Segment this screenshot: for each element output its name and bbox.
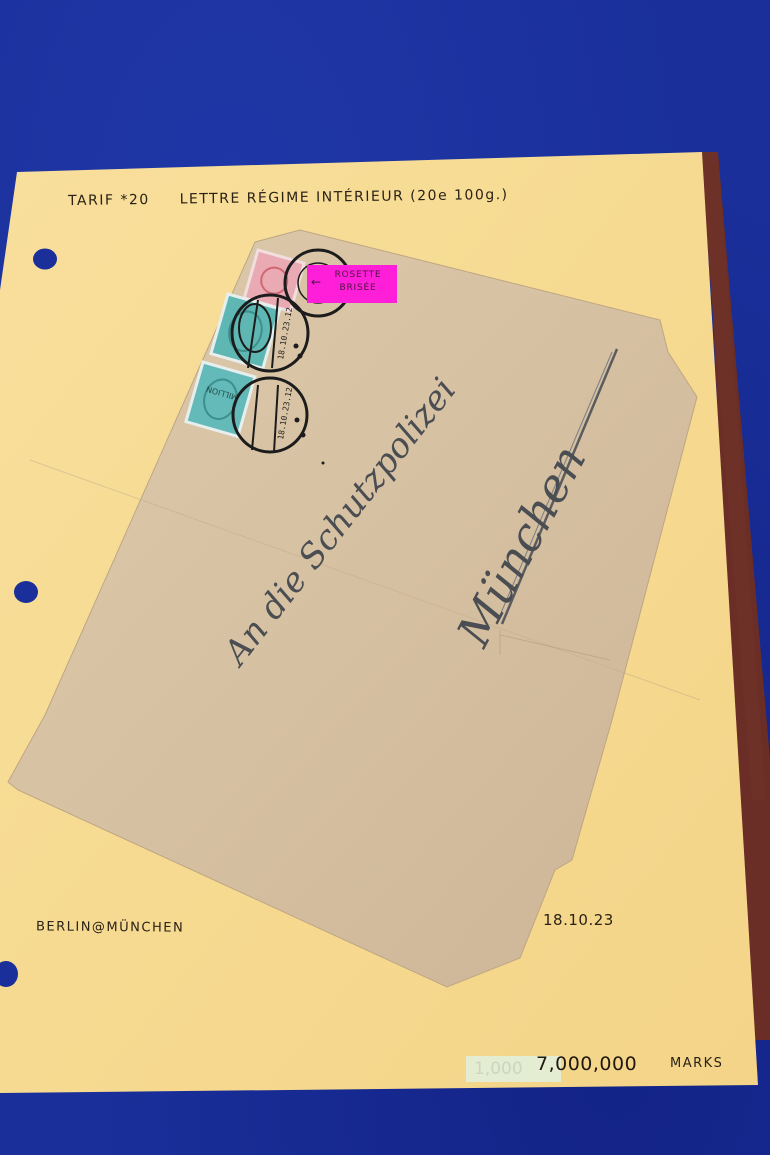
album-page-graphic: MILLION 18.10.23.12 18.10.23.12 [0,0,770,1155]
value-unit: MARKS [670,1056,723,1071]
tariff-label: TARIF *20 [68,192,150,209]
punch-hole [33,249,57,270]
date-label: 18.10.23 [543,911,614,929]
value-amount: 7,000,000 [536,1053,637,1075]
route-label: BERLIN@MÜNCHEN [36,919,184,935]
photo-scene: MILLION 18.10.23.12 18.10.23.12 TARIF *2… [0,0,770,1155]
arrow-left-icon: ← [311,276,322,289]
postage-value: 1,000 7,000,000 MARKS [466,1053,766,1083]
punch-hole [14,581,38,603]
rosette-brisee-sticker: ← ROSETTE BRISÉE [307,265,397,303]
